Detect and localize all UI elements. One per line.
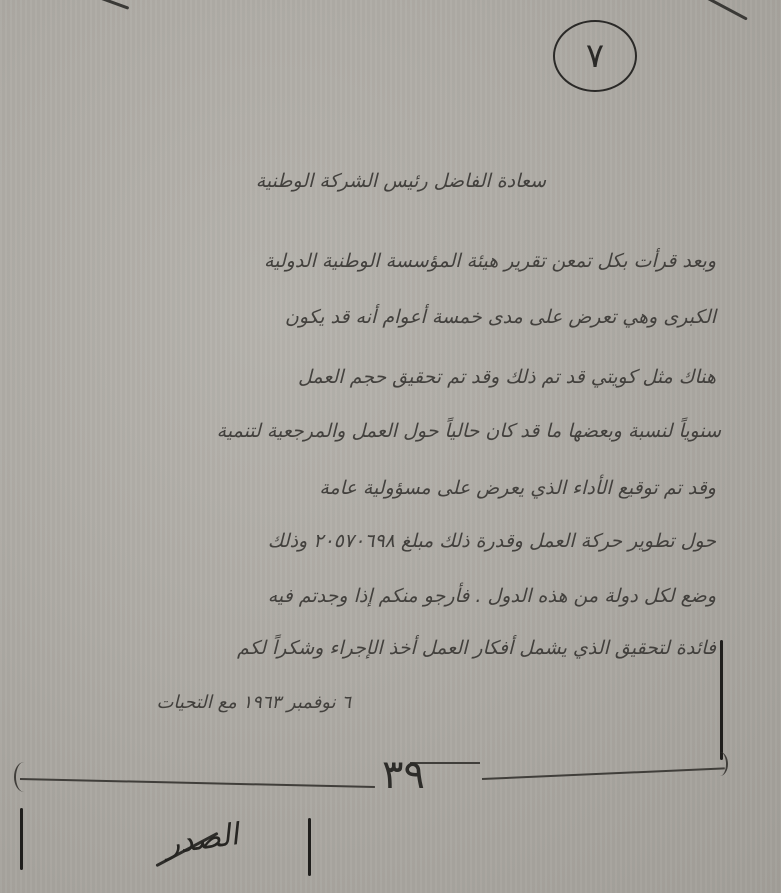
page-number: ٧ (586, 36, 604, 76)
scanned-letter-page: ٧ سعادة الفاضل رئيس الشركة الوطنية وبعد … (0, 0, 781, 893)
body-line: وبعد قرأت بكل تمعن تقرير هيئة المؤسسة ال… (66, 250, 716, 272)
arrow-left-icon (14, 762, 34, 792)
salutation-line: سعادة الفاضل رئيس الشركة الوطنية (256, 170, 546, 192)
margin-mark (702, 0, 748, 21)
arrow-line (482, 767, 725, 780)
circled-page-number: ٧ (553, 20, 637, 92)
body-line: هناك مثل كويتي قد تم ذلك وقد تم تحقيق حج… (66, 366, 716, 388)
body-line: الكبرى وهي تعرض على مدى خمسة أعوام أنه ق… (66, 306, 716, 328)
body-line: وقد تم توقيع الأداء الذي يعرض على مسؤولي… (56, 477, 716, 499)
closing-date-line: ٦ نوفمبر ١٩٦٣ مع التحيات (156, 692, 351, 713)
arrow-line (20, 778, 375, 788)
margin-tick (20, 808, 23, 870)
arrow-right-icon (712, 752, 728, 776)
margin-mark (91, 0, 130, 10)
body-line: حول تطوير حركة العمل وقدرة ذلك مبلغ ٢٠٥٧… (66, 530, 716, 552)
margin-bracket (720, 640, 723, 760)
signature: الصدر (163, 817, 241, 862)
bottom-total-number: ٣٩ (382, 752, 425, 798)
body-line: سنوياً لنسبة وبعضها ما قد كان حالياً حول… (21, 420, 721, 442)
body-line: فائدة لتحقيق الذي يشمل أفكار العمل أخذ ا… (36, 637, 716, 659)
body-line: وضع لكل دولة من هذه الدول . فأرجو منكم إ… (56, 585, 716, 607)
margin-tick (308, 818, 311, 876)
